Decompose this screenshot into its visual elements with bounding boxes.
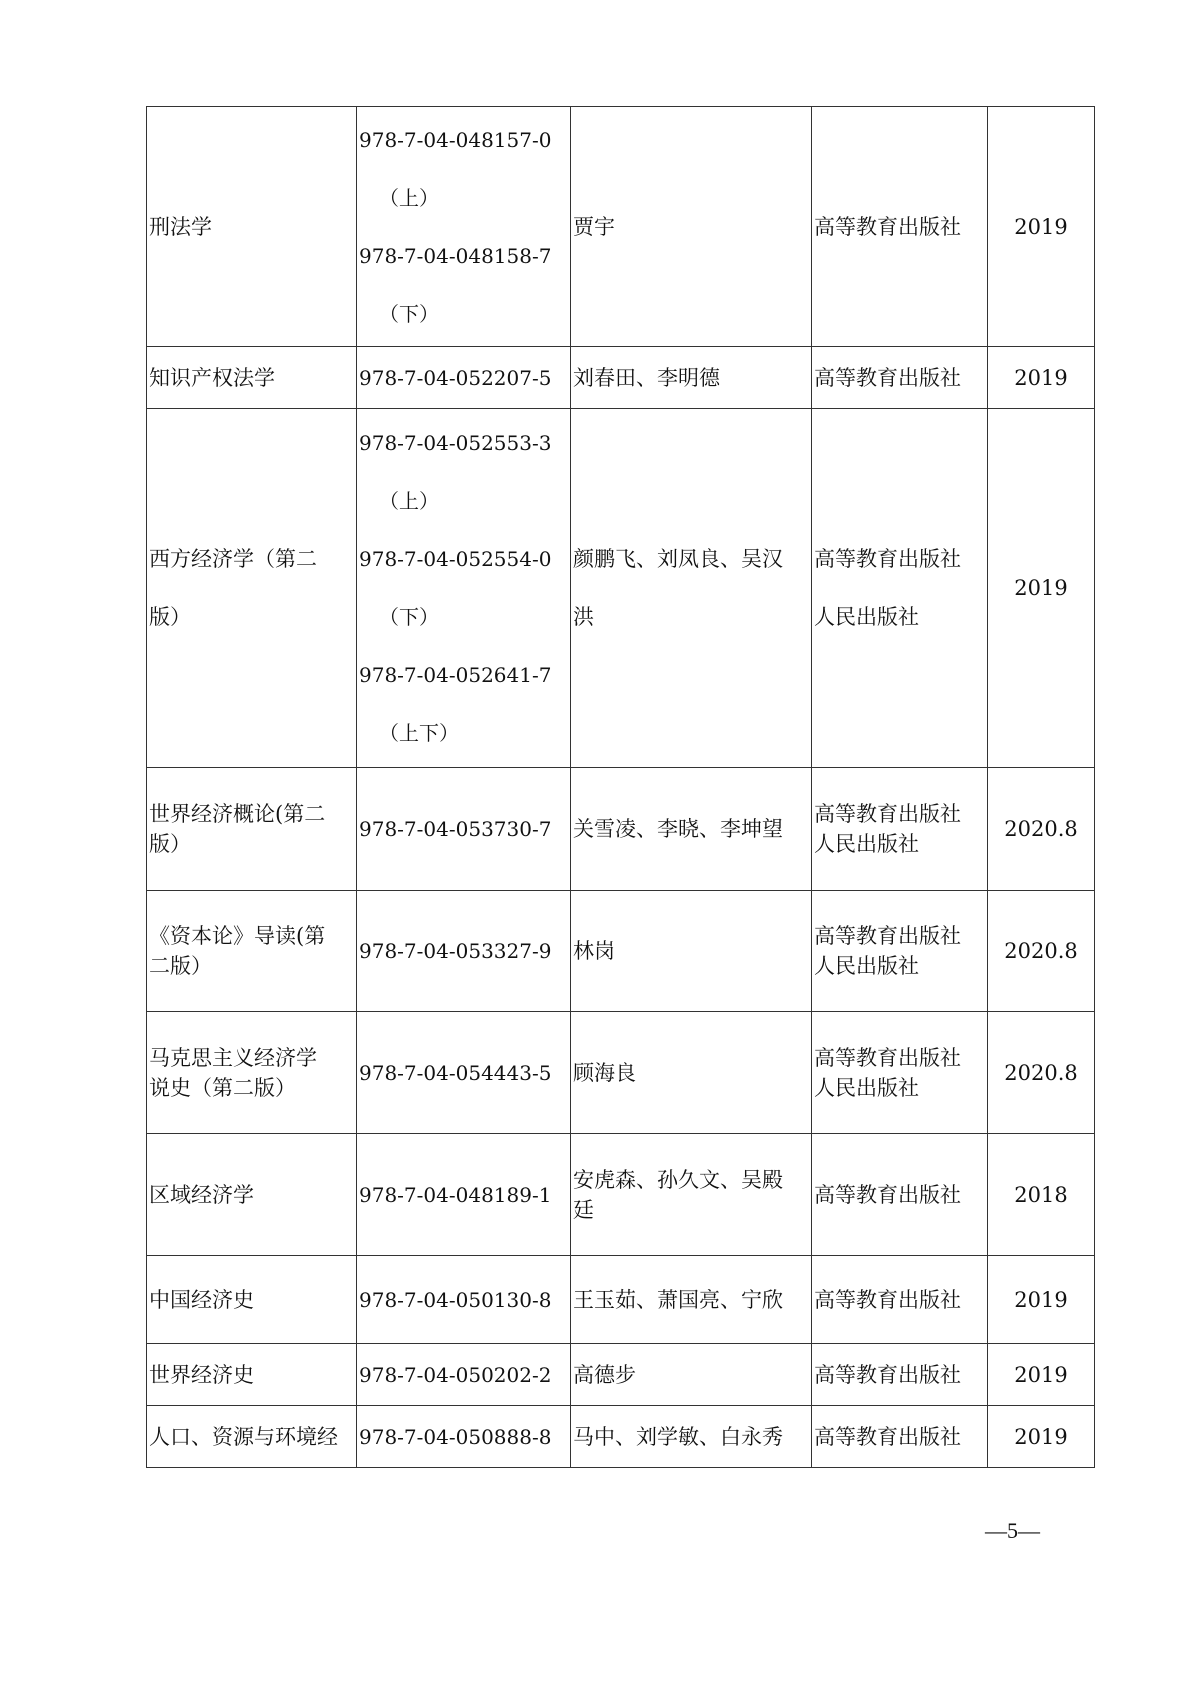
author-cell: 马中、刘学敏、白永秀 <box>571 1406 812 1468</box>
book-title-cell: 区域经济学 <box>147 1134 357 1256</box>
publisher-cell: 高等教育出版社 <box>812 1256 988 1344</box>
table-row: 刑法学978-7-04-048157-0（上）978-7-04-048158-7… <box>147 107 1095 347</box>
publisher-cell: 高等教育出版社人民出版社 <box>812 1012 988 1134</box>
isbn-cell: 978-7-04-048157-0（上）978-7-04-048158-7（下） <box>357 107 571 347</box>
author-cell-line: 安虎森、孙久文、吴殿 <box>573 1165 809 1195</box>
publisher-cell-line: 高等教育出版社 <box>814 1422 985 1452</box>
table-row: 西方经济学（第二版）978-7-04-052553-3（上）978-7-04-0… <box>147 409 1095 768</box>
book-title-cell-line: 中国经济史 <box>149 1285 354 1315</box>
book-title-cell: 世界经济概论(第二版） <box>147 768 357 891</box>
publisher-cell: 高等教育出版社人民出版社 <box>812 409 988 768</box>
book-title-cell-line: 版） <box>149 829 354 859</box>
isbn-cell-line: （下） <box>359 588 568 646</box>
isbn-cell-line: 978-7-04-050888-8 <box>359 1422 568 1452</box>
year-cell: 2018 <box>988 1134 1095 1256</box>
isbn-cell: 978-7-04-050888-8 <box>357 1406 571 1468</box>
publisher-cell: 高等教育出版社人民出版社 <box>812 768 988 891</box>
isbn-cell-line: 978-7-04-053730-7 <box>359 814 568 844</box>
publisher-cell-line: 高等教育出版社 <box>814 799 985 829</box>
year-cell: 2020.8 <box>988 1012 1095 1134</box>
publisher-cell-line: 人民出版社 <box>814 951 985 981</box>
publisher-cell-line: 高等教育出版社 <box>814 530 985 588</box>
author-cell-line: 贾宇 <box>573 212 809 242</box>
book-title-cell-line: 知识产权法学 <box>149 363 354 393</box>
isbn-cell-line: 978-7-04-052641-7 <box>359 646 568 704</box>
author-cell: 关雪凌、李晓、李坤望 <box>571 768 812 891</box>
table-row: 世界经济史978-7-04-050202-2高德步高等教育出版社2019 <box>147 1344 1095 1406</box>
author-cell: 颜鹏飞、刘凤良、吴汉洪 <box>571 409 812 768</box>
author-cell-line: 王玉茹、萧国亮、宁欣 <box>573 1285 809 1315</box>
book-title-cell: 西方经济学（第二版） <box>147 409 357 768</box>
author-cell-line: 林岗 <box>573 936 809 966</box>
table-row: 知识产权法学978-7-04-052207-5刘春田、李明德高等教育出版社201… <box>147 347 1095 409</box>
isbn-cell-line: 978-7-04-054443-5 <box>359 1058 568 1088</box>
isbn-cell-line: （上） <box>359 472 568 530</box>
book-title-cell-line: 二版） <box>149 951 354 981</box>
year-cell: 2019 <box>988 409 1095 768</box>
year-cell: 2019 <box>988 1344 1095 1406</box>
isbn-cell: 978-7-04-048189-1 <box>357 1134 571 1256</box>
year-cell: 2019 <box>988 1406 1095 1468</box>
publisher-cell: 高等教育出版社 <box>812 1406 988 1468</box>
publisher-cell: 高等教育出版社 <box>812 1134 988 1256</box>
isbn-cell-line: 978-7-04-050202-2 <box>359 1360 568 1390</box>
author-cell: 刘春田、李明德 <box>571 347 812 409</box>
isbn-cell: 978-7-04-050130-8 <box>357 1256 571 1344</box>
isbn-cell-line: （下） <box>359 285 568 343</box>
publisher-cell-line: 高等教育出版社 <box>814 1285 985 1315</box>
author-cell: 顾海良 <box>571 1012 812 1134</box>
book-title-cell-line: 世界经济概论(第二 <box>149 799 354 829</box>
year-cell: 2019 <box>988 347 1095 409</box>
book-title-cell: 中国经济史 <box>147 1256 357 1344</box>
year-cell: 2019 <box>988 1256 1095 1344</box>
isbn-cell-line: （上下） <box>359 704 568 762</box>
isbn-cell-line: 978-7-04-052554-0 <box>359 530 568 588</box>
author-cell-line: 刘春田、李明德 <box>573 363 809 393</box>
author-cell-line: 颜鹏飞、刘凤良、吴汉 <box>573 530 809 588</box>
year-cell: 2019 <box>988 107 1095 347</box>
table-body: 刑法学978-7-04-048157-0（上）978-7-04-048158-7… <box>147 107 1095 1468</box>
table-row: 人口、资源与环境经978-7-04-050888-8马中、刘学敏、白永秀高等教育… <box>147 1406 1095 1468</box>
isbn-cell-line: 978-7-04-048158-7 <box>359 227 568 285</box>
table-row: 区域经济学978-7-04-048189-1安虎森、孙久文、吴殿廷高等教育出版社… <box>147 1134 1095 1256</box>
table-row: 世界经济概论(第二版）978-7-04-053730-7关雪凌、李晓、李坤望高等… <box>147 768 1095 891</box>
publisher-cell-line: 人民出版社 <box>814 588 985 646</box>
isbn-cell: 978-7-04-053730-7 <box>357 768 571 891</box>
page-number: —5— <box>985 1518 1040 1544</box>
book-title-cell-line: 世界经济史 <box>149 1360 354 1390</box>
publisher-cell-line: 人民出版社 <box>814 1073 985 1103</box>
publisher-cell-line: 高等教育出版社 <box>814 212 985 242</box>
isbn-cell-line: 978-7-04-048189-1 <box>359 1180 568 1210</box>
book-title-cell-line: 刑法学 <box>149 212 354 242</box>
author-cell: 林岗 <box>571 891 812 1012</box>
publisher-cell-line: 高等教育出版社 <box>814 1043 985 1073</box>
isbn-cell: 978-7-04-052553-3（上）978-7-04-052554-0（下）… <box>357 409 571 768</box>
isbn-cell: 978-7-04-053327-9 <box>357 891 571 1012</box>
isbn-cell-line: 978-7-04-050130-8 <box>359 1285 568 1315</box>
book-title-cell: 人口、资源与环境经 <box>147 1406 357 1468</box>
author-cell-line: 关雪凌、李晓、李坤望 <box>573 814 809 844</box>
publisher-cell-line: 高等教育出版社 <box>814 1360 985 1390</box>
book-title-cell: 马克思主义经济学说史（第二版） <box>147 1012 357 1134</box>
book-title-cell-line: 说史（第二版） <box>149 1073 354 1103</box>
textbook-table: 刑法学978-7-04-048157-0（上）978-7-04-048158-7… <box>146 106 1095 1468</box>
publisher-cell-line: 人民出版社 <box>814 829 985 859</box>
publisher-cell-line: 高等教育出版社 <box>814 1180 985 1210</box>
author-cell-line: 顾海良 <box>573 1058 809 1088</box>
publisher-cell-line: 高等教育出版社 <box>814 921 985 951</box>
isbn-cell-line: 978-7-04-053327-9 <box>359 936 568 966</box>
book-title-cell: 刑法学 <box>147 107 357 347</box>
publisher-cell: 高等教育出版社人民出版社 <box>812 891 988 1012</box>
author-cell: 高德步 <box>571 1344 812 1406</box>
book-title-cell-line: 《资本论》导读(第 <box>149 921 354 951</box>
publisher-cell-line: 高等教育出版社 <box>814 363 985 393</box>
publisher-cell: 高等教育出版社 <box>812 1344 988 1406</box>
author-cell: 贾宇 <box>571 107 812 347</box>
publisher-cell: 高等教育出版社 <box>812 107 988 347</box>
book-title-cell: 《资本论》导读(第二版） <box>147 891 357 1012</box>
book-title-cell-line: 人口、资源与环境经 <box>149 1422 354 1452</box>
isbn-cell-line: 978-7-04-048157-0 <box>359 111 568 169</box>
book-title-cell-line: 区域经济学 <box>149 1180 354 1210</box>
isbn-cell: 978-7-04-054443-5 <box>357 1012 571 1134</box>
isbn-cell: 978-7-04-052207-5 <box>357 347 571 409</box>
isbn-cell-line: 978-7-04-052553-3 <box>359 414 568 472</box>
isbn-cell-line: （上） <box>359 169 568 227</box>
book-title-cell-line: 西方经济学（第二 <box>149 530 354 588</box>
author-cell-line: 马中、刘学敏、白永秀 <box>573 1422 809 1452</box>
author-cell: 安虎森、孙久文、吴殿廷 <box>571 1134 812 1256</box>
isbn-cell-line: 978-7-04-052207-5 <box>359 363 568 393</box>
book-title-cell-line: 马克思主义经济学 <box>149 1043 354 1073</box>
author-cell-line: 廷 <box>573 1195 809 1225</box>
book-title-cell: 知识产权法学 <box>147 347 357 409</box>
year-cell: 2020.8 <box>988 768 1095 891</box>
publisher-cell: 高等教育出版社 <box>812 347 988 409</box>
book-title-cell-line: 版） <box>149 588 354 646</box>
table-row: 中国经济史978-7-04-050130-8王玉茹、萧国亮、宁欣高等教育出版社2… <box>147 1256 1095 1344</box>
year-cell: 2020.8 <box>988 891 1095 1012</box>
book-title-cell: 世界经济史 <box>147 1344 357 1406</box>
table-row: 《资本论》导读(第二版）978-7-04-053327-9林岗高等教育出版社人民… <box>147 891 1095 1012</box>
author-cell-line: 洪 <box>573 588 809 646</box>
table-row: 马克思主义经济学说史（第二版）978-7-04-054443-5顾海良高等教育出… <box>147 1012 1095 1134</box>
author-cell: 王玉茹、萧国亮、宁欣 <box>571 1256 812 1344</box>
isbn-cell: 978-7-04-050202-2 <box>357 1344 571 1406</box>
author-cell-line: 高德步 <box>573 1360 809 1390</box>
